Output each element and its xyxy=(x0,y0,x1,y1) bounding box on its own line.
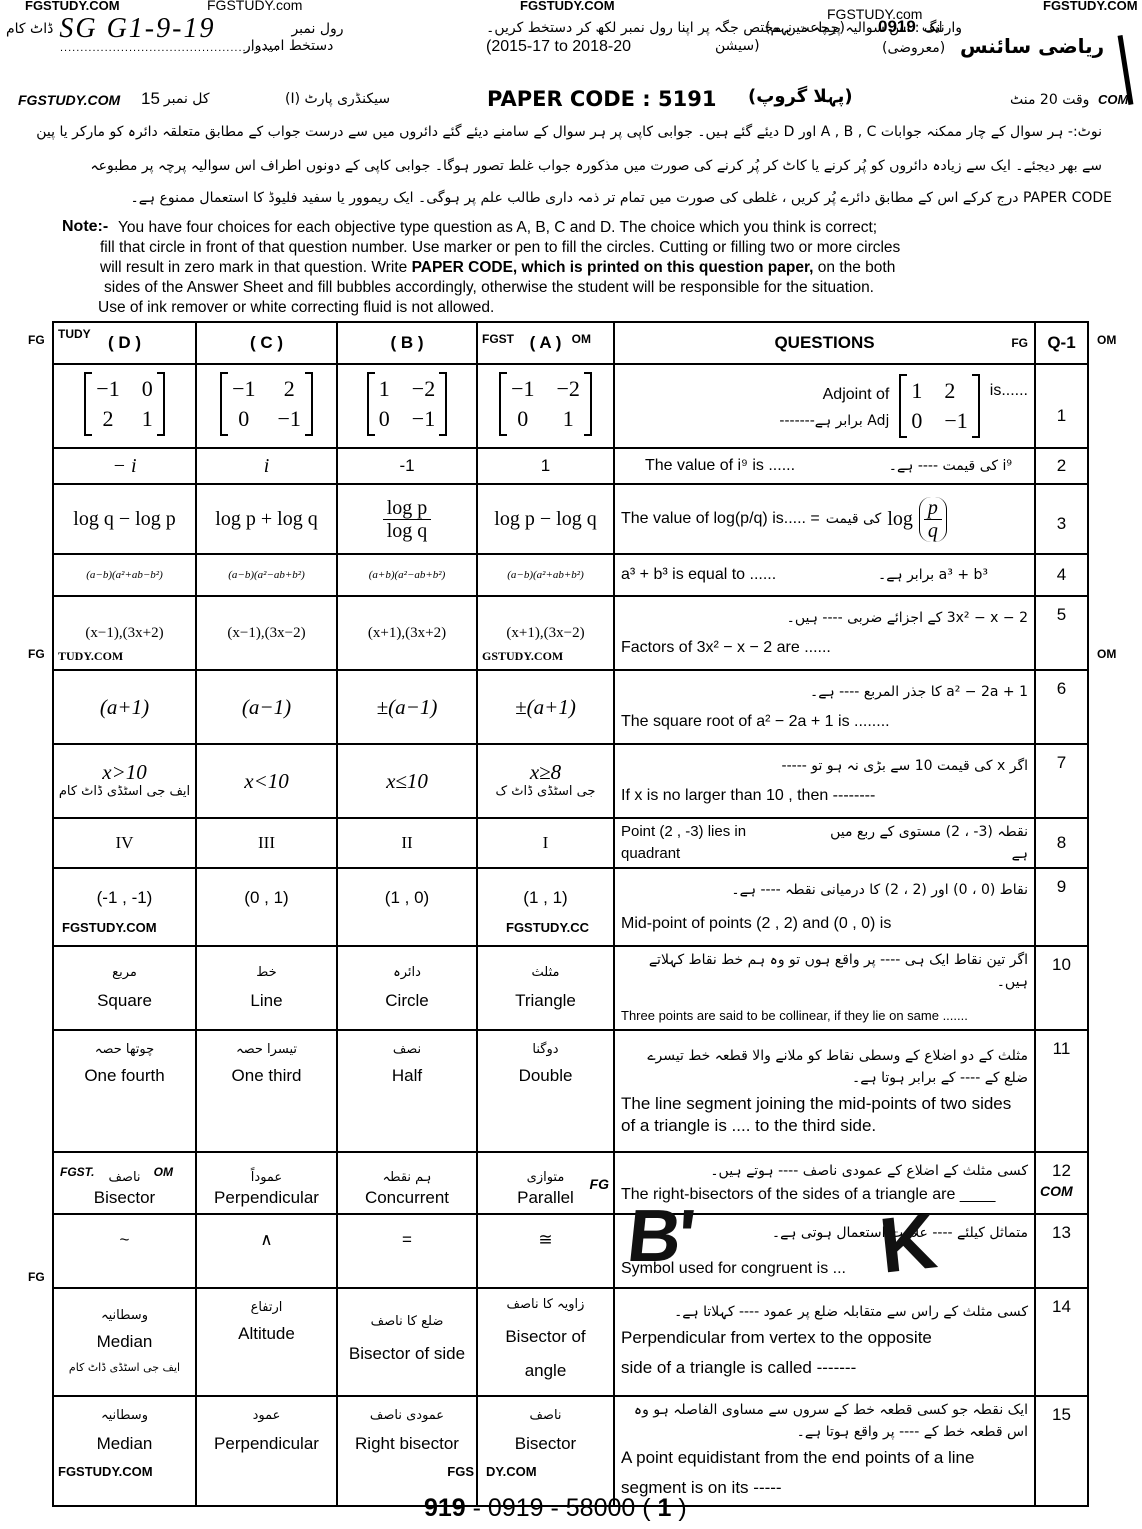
question-number: 9 xyxy=(1035,868,1088,946)
header-question-number: Q-1 xyxy=(1035,322,1088,364)
instruction-text: will result in zero mark in that questio… xyxy=(100,259,412,276)
table-row: مربعSquare خطLine دائرہCircle مثلثTriang… xyxy=(53,946,1088,1030)
table-header-row: TUDY( D ) ( C ) ( B ) FGST( A )OM QUESTI… xyxy=(53,322,1088,364)
note-label: Note:- xyxy=(62,218,108,236)
total-marks-value: 15 xyxy=(141,89,160,109)
watermark: FG xyxy=(28,647,45,661)
subject-type: (معروضی) xyxy=(882,40,945,56)
table-row: −1021 −120−1 1−20−1 −1−201 Adjoint of Ad… xyxy=(53,364,1088,448)
option-c[interactable]: (x−1),(3x−2) xyxy=(196,596,337,670)
option-a[interactable]: (1 , 1)FGSTUDY.CC xyxy=(477,868,614,946)
footer-close: ) xyxy=(671,1494,686,1522)
question-number: 11 xyxy=(1035,1030,1088,1152)
option-a[interactable]: زاویہ کا ناصفBisector of angle xyxy=(477,1288,614,1396)
watermark: FGSTUDY.COM xyxy=(25,0,120,13)
instruction-english-line: will result in zero mark in that questio… xyxy=(100,258,895,278)
instruction-english-line: Use of ink remover or white correcting f… xyxy=(98,298,494,318)
option-b[interactable]: ±(a−1) xyxy=(337,670,477,744)
instruction-english-line: fill that circle in front of that questi… xyxy=(100,238,900,258)
paper-code: PAPER CODE : 5191 xyxy=(487,87,716,111)
option-c[interactable]: −120−1 xyxy=(196,364,337,448)
roll-suffix: ڈاٹ کام xyxy=(6,21,53,37)
header-option-d: TUDY( D ) xyxy=(53,322,196,364)
option-a[interactable]: متوازیParallelFG xyxy=(477,1152,614,1214)
footer-page: 1 xyxy=(658,1494,672,1522)
option-b[interactable]: ہم نقطہConcurrent xyxy=(337,1152,477,1214)
option-d[interactable]: (a+1) xyxy=(53,670,196,744)
option-b[interactable]: عمودی ناصفRight bisectorFGS xyxy=(337,1396,477,1506)
instruction-emphasis: PAPER CODE, which is printed on this que… xyxy=(412,259,814,276)
code-number: 0919 xyxy=(878,17,916,37)
table-row: − i i -1 1 The value of i⁹ is ......i⁹ ک… xyxy=(53,448,1088,484)
table-row: x>10ایف جی اسٹڈی ڈاٹ کام x<10 x≤10 x≥8جی… xyxy=(53,744,1088,818)
session-label: (سیشن xyxy=(715,38,760,54)
question-number: 10 xyxy=(1035,946,1088,1030)
option-a[interactable]: 1 xyxy=(477,448,614,484)
option-d[interactable]: ناصفBisectorFGST.OM xyxy=(53,1152,196,1214)
footer-code: 919 - 0919 - 58000 ( 1 ) xyxy=(424,1494,687,1523)
matrix: 120−1 xyxy=(899,374,979,438)
option-a[interactable]: ناصفBisectorDY.COM xyxy=(477,1396,614,1506)
time-label: وقت 20 منٹ xyxy=(1010,92,1089,108)
option-b[interactable]: log plog q xyxy=(337,484,477,554)
instruction-urdu-line: PAPER CODE درج کرکے اس کے مطابق دائرے پُ… xyxy=(130,190,1112,206)
instruction-urdu-line: نوٹ:- ہر سوال کے چار ممکنہ جوابات A , B … xyxy=(36,124,1102,140)
header-option-c: ( C ) xyxy=(196,322,337,364)
watermark: FGSTUDY.COM xyxy=(1043,0,1138,13)
option-b[interactable]: (1 , 0) xyxy=(337,868,477,946)
footer-code-rest: - 0919 - 58000 ( xyxy=(466,1494,658,1522)
option-d[interactable]: log q − log p xyxy=(53,484,196,554)
option-b[interactable]: x≤10 xyxy=(337,744,477,818)
option-d[interactable]: −1021 xyxy=(53,364,196,448)
option-c[interactable]: تیسرا حصہOne third xyxy=(196,1030,337,1152)
matrix: −1021 xyxy=(84,372,164,436)
table-row: IV III II I Point (2 , -3) lies in quadr… xyxy=(53,818,1088,868)
option-d[interactable]: x>10ایف جی اسٹڈی ڈاٹ کام xyxy=(53,744,196,818)
question-text: a² − 2a + 1 کا جذر المربع ---- ہے۔The sq… xyxy=(614,670,1035,744)
question-text: 3x² − x − 2 کے اجزائے ضربی ---- ہیں۔Fact… xyxy=(614,596,1035,670)
question-text: نقاط (0 ، 0) اور (2 ، 2) کا درمیانی نقطہ… xyxy=(614,868,1035,946)
question-text: مثلث کے دو اضلاع کے وسطی نقاط کو ملانے و… xyxy=(614,1030,1035,1152)
mcq-table: TUDY( D ) ( C ) ( B ) FGST( A )OM QUESTI… xyxy=(52,321,1089,1507)
option-c[interactable]: (a−1) xyxy=(196,670,337,744)
option-c[interactable]: III xyxy=(196,818,337,868)
matrix: −1−201 xyxy=(499,372,592,436)
option-b[interactable]: (a+b)(a²−ab+b²) xyxy=(337,554,477,596)
watermark: OM xyxy=(1097,333,1116,347)
option-d[interactable]: وسطانیہMedianایف جی اسٹڈی ڈاٹ کام xyxy=(53,1288,196,1396)
question-number: 4 xyxy=(1035,554,1088,596)
paper-code-short: 0919 ایف xyxy=(878,17,943,37)
watermark: COM xyxy=(1098,92,1128,107)
option-d[interactable]: مربعSquare xyxy=(53,946,196,1030)
option-b[interactable]: (x+1),(3x+2) xyxy=(337,596,477,670)
watermark: FG xyxy=(28,333,45,347)
option-c[interactable]: x<10 xyxy=(196,744,337,818)
total-marks: 15 کل نمبر xyxy=(141,89,210,109)
header-option-b: ( B ) xyxy=(337,322,477,364)
option-b[interactable]: ضلع کا ناصفBisector of side xyxy=(337,1288,477,1396)
question-text: Adjoint of Adj برابر ہے------- 120−1 is.… xyxy=(614,364,1035,448)
instruction-english-line: sides of the Answer Sheet and fill bubbl… xyxy=(104,278,874,298)
instruction-english-line: You have four choices for each objective… xyxy=(118,218,877,238)
option-d[interactable]: (a−b)(a²+ab−b²) xyxy=(53,554,196,596)
option-a[interactable]: مثلثTriangle xyxy=(477,946,614,1030)
header-option-a: FGST( A )OM xyxy=(477,322,614,364)
option-c[interactable]: ارتفاعAltitude xyxy=(196,1288,337,1396)
question-text: The value of i⁹ is ......i⁹ کی قیمت ----… xyxy=(614,448,1035,484)
session-range: (2015-17 to 2018-20 xyxy=(486,38,631,56)
option-d[interactable]: وسطانیہMedianFGSTUDY.COM xyxy=(53,1396,196,1506)
handwritten-mark: B' xyxy=(624,1193,696,1278)
table-row: ناصفBisectorFGST.OM عموداًPerpendicular … xyxy=(53,1152,1088,1214)
question-text: کسی مثلث کے راس سے متقابلہ ضلع پر عمود -… xyxy=(614,1288,1035,1396)
option-c[interactable]: خطLine xyxy=(196,946,337,1030)
question-number: 13 xyxy=(1035,1214,1088,1288)
instruction-urdu-line: سے بھر دیجئے۔ ایک سے زیادہ دائروں کو پُر… xyxy=(90,158,1102,174)
option-d[interactable]: (x−1),(3x+2)TUDY.COM xyxy=(53,596,196,670)
footer-code-prefix: 919 xyxy=(424,1494,466,1522)
watermark: FGSTUDY.COM xyxy=(18,92,120,108)
option-d[interactable]: − i xyxy=(53,448,196,484)
question-text: ایک نقطہ جو کسی قطعہ خط کے سروں سے مساوی… xyxy=(614,1396,1035,1506)
option-b[interactable]: دائرہCircle xyxy=(337,946,477,1030)
option-c[interactable]: log p + log q xyxy=(196,484,337,554)
option-a[interactable]: ≅ xyxy=(477,1214,614,1288)
question-number: 12COM xyxy=(1035,1152,1088,1214)
option-b[interactable]: نصفHalf xyxy=(337,1030,477,1152)
table-row: (a+1) (a−1) ±(a−1) ±(a+1) a² − 2a + 1 کا… xyxy=(53,670,1088,744)
option-a[interactable]: I xyxy=(477,818,614,868)
roll-number-label: رول نمبر xyxy=(291,21,343,37)
option-d[interactable]: IV xyxy=(53,818,196,868)
subject-title: ریاضی سائنس xyxy=(960,34,1104,58)
table-row: (-1 , -1)FGSTUDY.COM (0 , 1) (1 , 0) (1 … xyxy=(53,868,1088,946)
option-d[interactable]: (-1 , -1)FGSTUDY.COM xyxy=(53,868,196,946)
option-a[interactable]: دوگناDouble xyxy=(477,1030,614,1152)
instruction-text: on the both xyxy=(813,259,895,276)
question-text: The value of log(p/q) is..... = کی قیمت … xyxy=(614,484,1035,554)
table-row: (a−b)(a²+ab−b²) (a−b)(a²−ab+b²) (a+b)(a²… xyxy=(53,554,1088,596)
watermark: OM xyxy=(1097,647,1116,661)
question-number: 6 xyxy=(1035,670,1088,744)
part-label: سیکنڈری پارٹ (I) xyxy=(285,91,390,107)
question-text: اگر x کی قیمت 10 سے بڑی نہ ہو تو -----If… xyxy=(614,744,1035,818)
fraction: log plog q xyxy=(383,497,432,542)
option-a[interactable]: −1−201 xyxy=(477,364,614,448)
question-text: Point (2 , -3) lies in quadrantنقطہ (3- … xyxy=(614,818,1035,868)
question-number: 2 xyxy=(1035,448,1088,484)
table-row: (x−1),(3x+2)TUDY.COM (x−1),(3x−2) (x+1),… xyxy=(53,596,1088,670)
option-c[interactable]: ∧ xyxy=(196,1214,337,1288)
question-number: 1 xyxy=(1035,364,1088,448)
watermark: FG xyxy=(28,1270,45,1284)
question-text: a³ + b³ is equal to ......a³ + b³ برابر … xyxy=(614,554,1035,596)
option-a[interactable]: (x+1),(3x−2)GSTUDY.COM xyxy=(477,596,614,670)
option-c[interactable]: عمودPerpendicular xyxy=(196,1396,337,1506)
option-d[interactable]: چوتھا حصہOne fourth xyxy=(53,1030,196,1152)
option-b[interactable]: -1 xyxy=(337,448,477,484)
option-b[interactable]: II xyxy=(337,818,477,868)
option-c[interactable]: (a−b)(a²−ab+b²) xyxy=(196,554,337,596)
option-a[interactable]: log p − log q xyxy=(477,484,614,554)
table-row: وسطانیہMedianایف جی اسٹڈی ڈاٹ کام ارتفاع… xyxy=(53,1288,1088,1396)
question-number: 14 xyxy=(1035,1288,1088,1396)
header-questions: QUESTIONSFG xyxy=(614,322,1035,364)
option-d[interactable]: ~ xyxy=(53,1214,196,1288)
matrix: 1−20−1 xyxy=(367,372,447,436)
question-number: 8 xyxy=(1035,818,1088,868)
matrix: −120−1 xyxy=(220,372,313,436)
option-c[interactable]: (0 , 1) xyxy=(196,868,337,946)
option-c[interactable]: عموداًPerpendicular xyxy=(196,1152,337,1214)
watermark: FGSTUDY.com xyxy=(207,0,302,13)
option-b[interactable]: = xyxy=(337,1214,477,1288)
option-a[interactable]: ±(a+1) xyxy=(477,670,614,744)
handwritten-mark: K xyxy=(875,1195,941,1291)
question-text: اگر تین نقاط ایک ہی ---- پر واقع ہوں تو … xyxy=(614,946,1035,1030)
class-label: (جماعت نہم) xyxy=(765,20,845,36)
option-b[interactable]: 1−20−1 xyxy=(337,364,477,448)
option-a[interactable]: x≥8جی اسٹڈی ڈاٹ ک xyxy=(477,744,614,818)
signature-label: دستخط امیدوار xyxy=(244,38,333,54)
table-row: چوتھا حصہOne fourth تیسرا حصہOne third ن… xyxy=(53,1030,1088,1152)
group-label: (پہلا گروپ) xyxy=(748,86,853,107)
question-number: 5 xyxy=(1035,596,1088,670)
question-number: 15 xyxy=(1035,1396,1088,1506)
total-marks-label: کل نمبر xyxy=(164,91,210,107)
question-number: 7 xyxy=(1035,744,1088,818)
question-number: 3 xyxy=(1035,484,1088,554)
table-row: وسطانیہMedianFGSTUDY.COM عمودPerpendicul… xyxy=(53,1396,1088,1506)
option-c[interactable]: i xyxy=(196,448,337,484)
option-a[interactable]: (a−b)(a²+ab+b²) xyxy=(477,554,614,596)
roll-number-value: SG G1-9-19 xyxy=(59,13,215,45)
code-prefix: ایف xyxy=(922,20,943,35)
table-row: log q − log p log p + log q log plog q l… xyxy=(53,484,1088,554)
watermark: FGSTUDY.COM xyxy=(520,0,615,13)
